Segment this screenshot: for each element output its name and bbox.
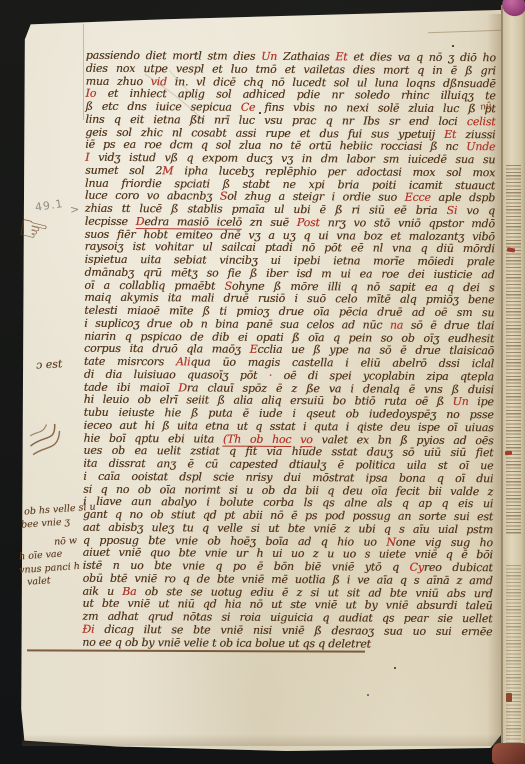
text-segment: aik u: [82, 584, 122, 597]
text-segment: tade ibi maioī: [84, 380, 178, 394]
margin-note-right: nū: [479, 101, 492, 113]
text-segment: reo dubicat: [424, 561, 493, 574]
fore-edge-text-patch: [506, 165, 521, 535]
rubricated-text-segment: Unde: [466, 140, 495, 153]
speck: [259, 112, 261, 114]
vertical-crease: [83, 24, 84, 120]
fore-edge-brown-mark: [506, 693, 512, 702]
rubricated-text-segment: Ecce: [405, 191, 431, 204]
rubricated-text-segment: Ba: [122, 584, 136, 597]
text-segment: Zathaias: [277, 50, 335, 63]
text-segment: ipe: [468, 395, 493, 408]
speck: [367, 694, 369, 696]
text-segment: zn suē: [242, 215, 297, 228]
text-segment: sumet sol 2: [85, 164, 162, 177]
rubricated-text-segment: D: [178, 381, 187, 394]
margin-note: nō w: [54, 535, 78, 548]
fore-edge-text-patch: [506, 565, 521, 743]
text-segment: ß etc dns iuice sepicua: [85, 100, 240, 114]
rubricated-text-segment: N: [386, 535, 396, 548]
speck: [394, 667, 396, 669]
text-segment: luce coro vo abacnbʒ: [85, 189, 220, 203]
rubricated-text-segment: celist: [467, 115, 496, 128]
rubricated-text-segment: Io: [86, 87, 97, 100]
text-segment: no ee q ob by vniē velie t ob ica bolue …: [82, 635, 371, 650]
rubricated-text-segment: Ali: [176, 355, 190, 368]
text-segment: et dies va q nō ʒ diō ho: [347, 50, 495, 64]
rubricated-text-segment: Ði: [82, 622, 94, 635]
rubricated-text-segment: Si: [446, 204, 457, 217]
rubricated-text-segment: na: [390, 318, 403, 331]
rubricated-text-segment: M: [162, 164, 173, 177]
rubricated-text-segment: Un: [452, 395, 468, 408]
text-segment: hie boī qptu ebi uita: [83, 431, 223, 445]
fore-edge-pages: [501, 5, 525, 753]
speck: [452, 45, 454, 47]
text-segment: lecpisse: [85, 215, 136, 228]
text-segment: mua zhuo: [86, 74, 151, 87]
margin-note-c-est: ɔ est: [36, 357, 63, 371]
rubricated-text-segment: Un: [261, 50, 277, 63]
text-segment: [291, 433, 300, 446]
margin-note: valet: [27, 575, 51, 588]
rubricated-text-segment: Cy: [410, 561, 424, 574]
rubricated-text-segment: Et: [335, 50, 347, 63]
ink-flourish-scribble: [22, 412, 74, 467]
text-segment: aple dspb: [431, 191, 495, 204]
rubricated-text-segment: Ce: [241, 101, 256, 114]
text-segment: tate misrcors: [84, 355, 176, 369]
text-segment: one vig sug ho: [396, 535, 493, 549]
text-segment: sō ē drue tlai: [403, 318, 494, 332]
rubricated-text-segment: vid: [151, 75, 167, 88]
fore-edge-crease: [501, 5, 503, 753]
text-block: passiendo diet mortl stm dies Un Zathaia…: [82, 50, 496, 652]
text-segment: oī a collabliq pmaēbt: [84, 278, 224, 292]
backdrop: { "palette": { "background": "#17181a", …: [0, 0, 525, 764]
pencil-arrow: >: [70, 203, 80, 217]
rubricated-text-segment: Et: [444, 127, 456, 140]
binding-leather-corner: [492, 743, 525, 764]
fore-edge-red-mark: [505, 451, 512, 456]
rubricated-text-segment: Post: [297, 216, 320, 229]
text-segment: vo q: [457, 204, 495, 217]
text-segment: ziussi: [456, 128, 495, 141]
